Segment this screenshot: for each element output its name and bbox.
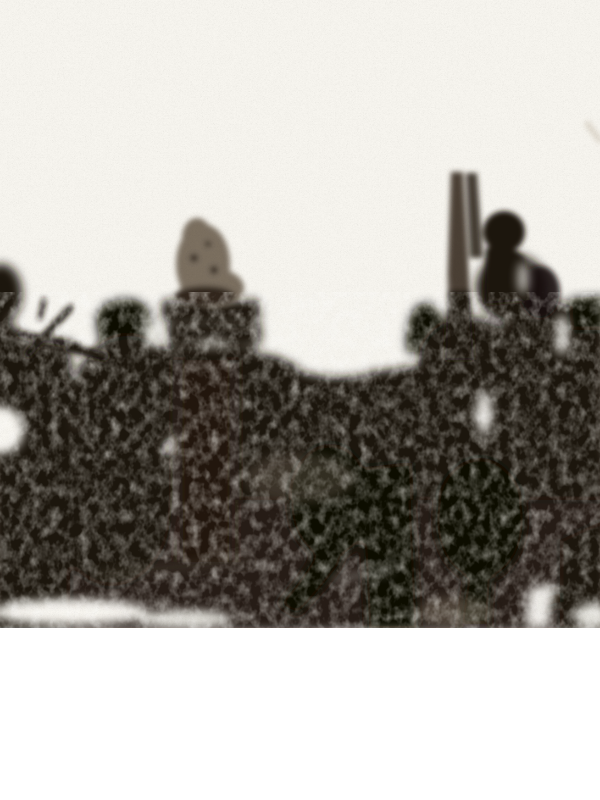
photo-svg: historical-monochrome-photograph High-co… <box>0 0 600 800</box>
photograph: historical-monochrome-photograph High-co… <box>0 0 600 800</box>
bottom-margin <box>0 628 600 800</box>
screenshot-root: historical-monochrome-photograph High-co… <box>0 0 600 800</box>
film-grain-overlay <box>0 0 600 628</box>
